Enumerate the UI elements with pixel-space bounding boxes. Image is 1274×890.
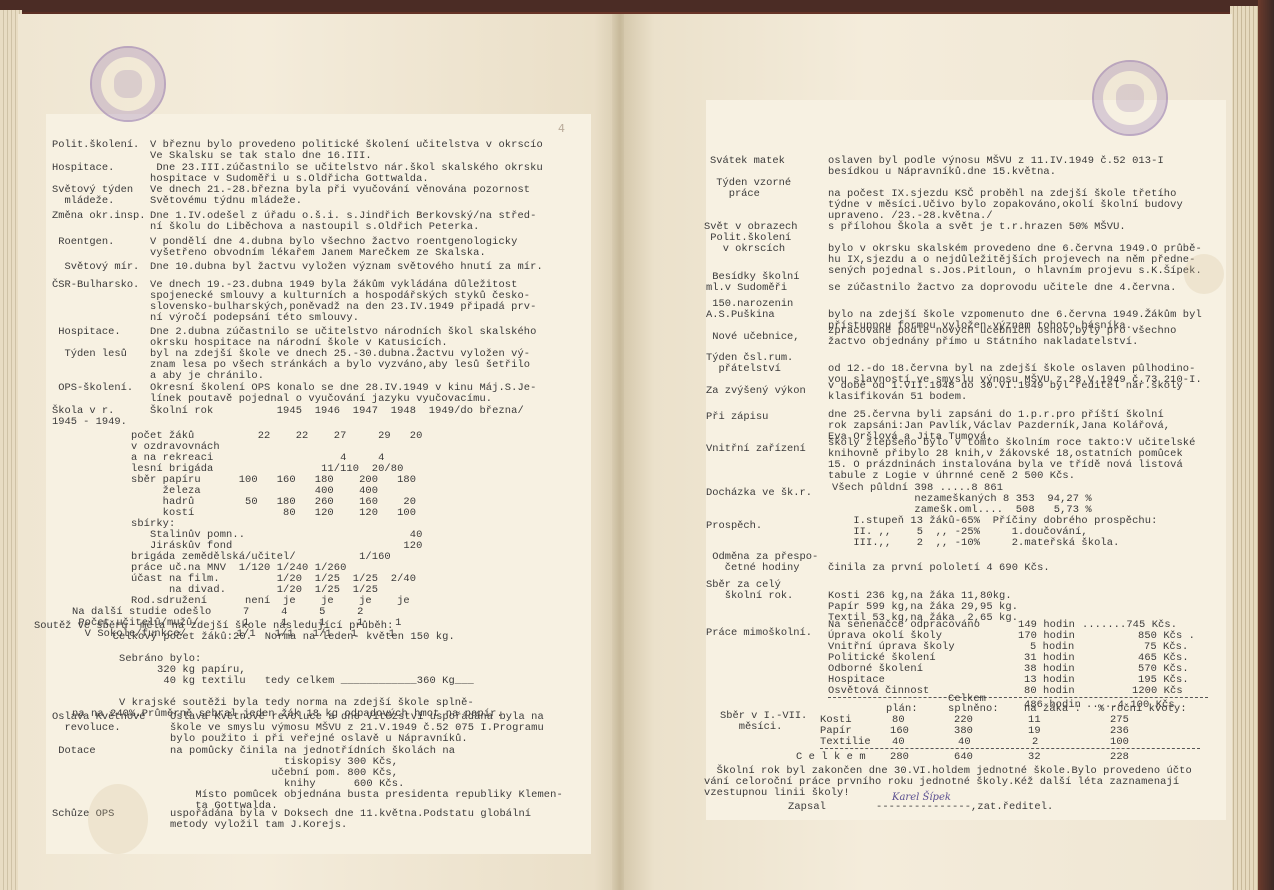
table-row: Kosti 80 220 11 275 bbox=[820, 715, 1200, 726]
entry-text: Dne 1.IV.odešel z úřadu o.š.i. s.Jindřic… bbox=[150, 211, 536, 233]
entry-text: I.stupeň 13 žáků-65% Příčiny dobrého pro… bbox=[828, 516, 1157, 549]
entry-label: Svět v obrazech Polit.školení v okrscích bbox=[704, 222, 798, 255]
table-row: Textilie 40 40 2 100 bbox=[820, 737, 1200, 749]
entry-label: Hospitace. bbox=[52, 163, 114, 174]
entry-label: Polit.školení. bbox=[52, 140, 139, 151]
entry-text: Kosti 236 kg,na žáka 11,80kg. Papír 599 … bbox=[828, 580, 1018, 624]
page-number: 4 bbox=[558, 122, 565, 135]
entry-text: s přílohou Škola a svět je t.r.hrazen 50… bbox=[828, 222, 1202, 277]
entry-text: byl na zdejší škole ve dnech 25.-30.dubn… bbox=[150, 349, 530, 382]
school-stamp-left bbox=[90, 46, 166, 122]
entry-text: v době od 1.VII.1948 do 30.VI.1949 byl ř… bbox=[828, 381, 1183, 403]
entry-label: 150.narozenin A.S.Puškina bbox=[706, 299, 793, 321]
stats-header: Školní rok 1945 1946 1947 1948 1949/do b… bbox=[150, 406, 524, 417]
entry-text: Všech půldní 398 .....8 861 nezameškanýc… bbox=[832, 483, 1092, 516]
school-stamp-right bbox=[1092, 60, 1168, 136]
entry-text: zpracované podle nových učebních osnov,b… bbox=[828, 326, 1176, 348]
signature-line: ---------------,zat.ředitel. bbox=[876, 802, 1053, 813]
entry-label: Za zvýšený výkon bbox=[706, 386, 806, 397]
entry-label: Týden čsl.rum. přátelství bbox=[706, 353, 793, 375]
entry-label: Docházka ve šk.r. bbox=[706, 488, 812, 499]
entry-label: Odměna za přespo- četné hodiny bbox=[706, 552, 818, 574]
entry-text: Oslava Květnové revoluce a dne Vítězství… bbox=[170, 712, 544, 745]
collection-table: plán: splněno: na žáka : % roční kvoty: … bbox=[820, 704, 1200, 763]
entry-label: Besídky školní ml.v Sudoměři bbox=[706, 272, 800, 294]
entry-label: Roentgen. bbox=[52, 237, 114, 248]
cell: 640 bbox=[954, 752, 973, 763]
cell: Textilie bbox=[820, 737, 871, 748]
table-row: Papír 160 380 19 236 bbox=[820, 726, 1200, 737]
page-stack-right bbox=[1230, 6, 1260, 890]
entry-text: školy zlepšeno bylo v tomto školním roce… bbox=[828, 438, 1195, 482]
entry-text: se zúčastnilo žactvo za doprovodu učitel… bbox=[828, 272, 1176, 294]
crest-icon bbox=[114, 70, 142, 98]
entry-text: činila za první pololetí 4 690 Kčs. bbox=[828, 552, 1050, 574]
hours: 80 hodin bbox=[1024, 686, 1075, 697]
entry-label: Sběr za celý školní rok. bbox=[706, 580, 793, 602]
stats-table: počet žáků 22 22 27 29 20 v ozdravovnách… bbox=[112, 431, 441, 640]
entry-label: ČSR-Bulharsko. bbox=[52, 280, 139, 291]
entry-label: Hospitace. bbox=[52, 327, 121, 338]
entry-text: na počest IX.sjezdu KSČ proběhl na zdejš… bbox=[828, 178, 1183, 222]
cell: 40 bbox=[892, 737, 905, 748]
entry-text: Ve dnech 19.-23.dubna 1949 byla žákům vy… bbox=[150, 280, 536, 324]
entry-text: Okresní školení OPS konalo se dne 28.IV.… bbox=[150, 383, 536, 405]
cell: 40 bbox=[958, 737, 971, 748]
extracurricular-label: Práce mimoškolní. bbox=[706, 628, 812, 639]
entry-text: na pomůcky činila na jednotřídních školá… bbox=[170, 746, 563, 812]
paper-stain bbox=[1184, 254, 1224, 294]
entry-label: Svátek matek bbox=[710, 156, 785, 167]
entry-label: Světový týden mládeže. bbox=[52, 185, 133, 207]
contest-line: 40 kg textilu tedy celkem ____________36… bbox=[100, 676, 531, 687]
table-row: Osvětová činnost 80 hodin 1200 Kčs bbox=[828, 686, 1208, 698]
entry-text: uspořádána byla v Doksech dne 11.května.… bbox=[170, 809, 531, 831]
signed-label: Zapsal bbox=[788, 802, 826, 813]
contest-line: Celkový počet žáků:20. Norma na leden- k… bbox=[100, 632, 531, 643]
cell: 280 bbox=[890, 752, 909, 763]
entry-label: Změna okr.insp. bbox=[52, 211, 146, 222]
paper-stain bbox=[88, 784, 148, 854]
cell: 228 bbox=[1110, 752, 1129, 763]
book-cover-top bbox=[0, 0, 1274, 12]
entry-text: V březnu bylo provedeno politické školen… bbox=[150, 140, 543, 162]
entry-label: Vnitřní zařízení bbox=[706, 444, 806, 455]
entry-text: Dne 10.dubna byl žactvu vyložen význam s… bbox=[150, 262, 543, 273]
stats-label: Škola v r. 1945 - 1949. bbox=[52, 406, 127, 428]
left-page: 4 Polit.školení. V březnu bylo provedeno… bbox=[18, 14, 618, 890]
cell: 32 bbox=[1028, 752, 1041, 763]
extracurricular-table: Na senenačce odpracováno 149 hodin .....… bbox=[828, 620, 1208, 709]
entry-text: oslaven byl podle výnosu MŠVU z 11.IV.19… bbox=[828, 156, 1164, 178]
entry-label: OPS-školení. bbox=[52, 383, 133, 394]
entry-label: Při zápisu bbox=[706, 412, 768, 423]
crest-icon bbox=[1116, 84, 1144, 112]
entry-label: Oslava Květnové revoluce. bbox=[52, 712, 146, 734]
collection-label: Sběr v I.-VII. měsíci. bbox=[720, 711, 807, 733]
entry-label: Světový mír. bbox=[52, 262, 139, 273]
amount: 1200 Kčs bbox=[1132, 686, 1183, 697]
contest-block: měla na zdejší škole následující průběh:… bbox=[100, 621, 531, 720]
entry-label: Nové učebnice, bbox=[706, 332, 800, 343]
entry-label: Týden lesů bbox=[52, 349, 127, 360]
entry-label: Týden vzorné práce bbox=[710, 178, 791, 200]
entry-text: V pondělí dne 4.dubna bylo všechno žactv… bbox=[150, 237, 517, 259]
activity: Osvětová činnost bbox=[828, 686, 929, 697]
book-edge-right bbox=[1258, 0, 1274, 890]
cell: 2 bbox=[1032, 737, 1038, 748]
entry-label: Dotace bbox=[52, 746, 96, 757]
cell: C e l k e m bbox=[796, 752, 866, 763]
right-page: Svátek matek oslaven byl podle výnosu MŠ… bbox=[624, 14, 1232, 890]
entry-text: Dne 2.dubna zúčastnilo se učitelstvo nár… bbox=[150, 327, 536, 349]
table-header: plán: splněno: na žáka : % roční kvoty: bbox=[820, 704, 1200, 715]
table-total-row: C e l k e m 280 640 32 228 bbox=[820, 752, 1200, 766]
entry-label: Prospěch. bbox=[706, 521, 762, 532]
entry-text: Ve dnech 21.-28.března byla při vyučován… bbox=[150, 185, 530, 207]
entry-text: Dne 23.III.zúčastnilo se učitelstvo nár.… bbox=[150, 163, 543, 185]
cell: 100 bbox=[1110, 737, 1129, 748]
